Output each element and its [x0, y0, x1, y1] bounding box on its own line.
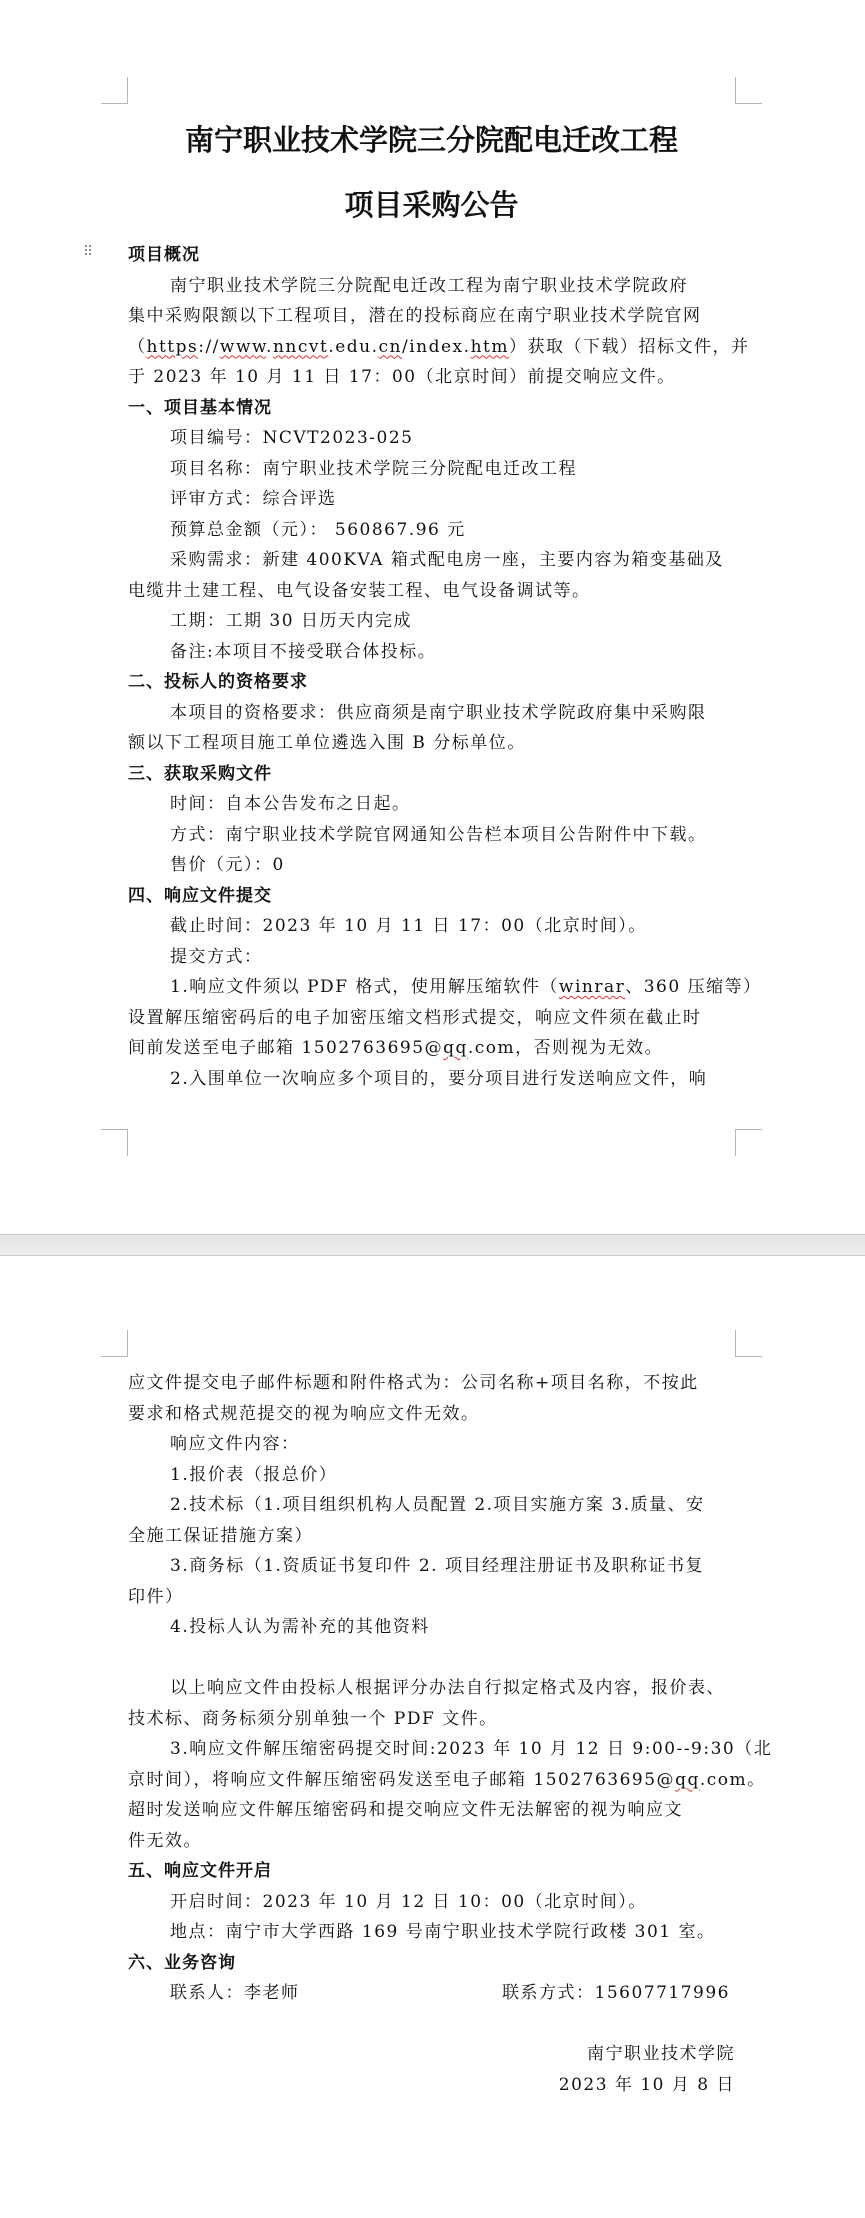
opening-time: 开启时间：2023 年 10 月 12 日 10：00（北京时间）。 — [128, 1887, 735, 1918]
submission-item-1: 1.响应文件须以 PDF 格式，使用解压缩软件（winrar、360 压缩等） — [128, 972, 735, 1003]
page-corner-mark — [735, 1129, 762, 1156]
procurement-demand-cont: 电缆井土建工程、电气设备安装工程、电气设备调试等。 — [128, 576, 735, 607]
obtain-time: 时间：自本公告发布之日起。 — [128, 789, 735, 820]
document-page-1: 南宁职业技术学院三分院配电迁改工程 项目采购公告 项目概况 南宁职业技术学院三分… — [0, 0, 865, 1234]
page-corner-mark — [735, 77, 762, 104]
signature-date: 2023 年 10 月 8 日 — [128, 2070, 735, 2101]
response-content-item-1: 1.报价表（报总价） — [128, 1460, 735, 1491]
submission-item-2-cont: 要求和格式规范提交的视为响应文件无效。 — [128, 1399, 735, 1430]
paragraph-line: 于 2023 年 10 月 11 日 17：00（北京时间）前提交响应文件。 — [128, 362, 735, 393]
obtain-method: 方式：南宁职业技术学院官网通知公告栏本项目公告附件中下载。 — [128, 820, 735, 851]
paragraph-line-url: （https://www.nncvt.edu.cn/index.htm）获取（下… — [128, 332, 735, 363]
review-method: 评审方式：综合评选 — [128, 484, 735, 515]
submission-item-1-email: 间前发送至电子邮箱 1502763695@qq.com，否则视为无效。 — [128, 1033, 735, 1064]
blank-line — [128, 2009, 735, 2040]
heading-section-1: 一、项目基本情况 — [128, 393, 735, 424]
contact-phone: 联系方式：15607717996 — [502, 1978, 730, 2009]
procurement-demand: 采购需求：新建 400KVA 箱式配电房一座，主要内容为箱变基础及 — [128, 545, 735, 576]
page-corner-mark — [101, 1330, 128, 1357]
submission-deadline: 截止时间：2023 年 10 月 11 日 17：00（北京时间）。 — [128, 911, 735, 942]
submission-item-3-cont: 超时发送响应文件解压缩密码和提交响应文件无法解密的视为响应文 — [128, 1795, 735, 1826]
submission-item-2-cont: 应文件提交电子邮件标题和附件格式为：公司名称+项目名称，不按此 — [128, 1368, 735, 1399]
response-note: 以上响应文件由投标人根据评分办法自行拟定格式及内容，报价表、 — [128, 1673, 735, 1704]
qualification-text: 本项目的资格要求：供应商须是南宁职业技术学院政府集中采购限 — [128, 698, 735, 729]
response-content-item-2-cont: 全施工保证措施方案） — [128, 1521, 735, 1552]
document-title-line-2: 项目采购公告 — [128, 187, 735, 223]
submission-method-label: 提交方式： — [128, 942, 735, 973]
page-corner-mark — [101, 77, 128, 104]
heading-section-2: 二、投标人的资格要求 — [128, 667, 735, 698]
document-body-page-1[interactable]: 项目概况 南宁职业技术学院三分院配电迁改工程为南宁职业技术学院政府 集中采购限额… — [128, 240, 735, 1094]
page-break-separator — [0, 1234, 865, 1256]
qualification-text-cont: 额以下工程项目施工单位遴选入围 B 分标单位。 — [128, 728, 735, 759]
submission-item-3-cont: 件无效。 — [128, 1826, 735, 1857]
heading-section-4: 四、响应文件提交 — [128, 881, 735, 912]
heading-section-6: 六、业务咨询 — [128, 1948, 735, 1979]
response-content-item-3: 3.商务标（1.资质证书复印件 2. 项目经理注册证书及职称证书复 — [128, 1551, 735, 1582]
response-content-item-3-cont: 印件） — [128, 1582, 735, 1613]
remark: 备注:本项目不接受联合体投标。 — [128, 637, 735, 668]
document-body-page-2[interactable]: 应文件提交电子邮件标题和附件格式为：公司名称+项目名称，不按此 要求和格式规范提… — [128, 1368, 735, 2100]
opening-location: 地点：南宁市大学西路 169 号南宁职业技术学院行政楼 301 室。 — [128, 1917, 735, 1948]
project-number: 项目编号：NCVT2023-025 — [128, 423, 735, 454]
submission-item-2: 2.入围单位一次响应多个项目的，要分项目进行发送响应文件，响 — [128, 1064, 735, 1095]
paragraph-line: 集中采购限额以下工程项目，潜在的投标商应在南宁职业技术学院官网 — [128, 301, 735, 332]
url-text[interactable]: https — [147, 337, 199, 357]
signature-organization: 南宁职业技术学院 — [128, 2039, 735, 2070]
response-content-label: 响应文件内容： — [128, 1429, 735, 1460]
project-name: 项目名称：南宁职业技术学院三分院配电迁改工程 — [128, 454, 735, 485]
budget-amount: 预算总金额（元）： 560867.96 元 — [128, 515, 735, 546]
document-title-line-1: 南宁职业技术学院三分院配电迁改工程 — [128, 122, 735, 158]
contact-row: 联系人：李老师 联系方式：15607717996 — [128, 1978, 735, 2009]
page-corner-mark — [101, 1129, 128, 1156]
response-content-item-4: 4.投标人认为需补充的其他资料 — [128, 1612, 735, 1643]
document-price: 售价（元）：0 — [128, 850, 735, 881]
heading-section-5: 五、响应文件开启 — [128, 1856, 735, 1887]
submission-item-1-cont: 设置解压缩密码后的电子加密压缩文档形式提交，响应文件须在截止时 — [128, 1003, 735, 1034]
document-page-2: 应文件提交电子邮件标题和附件格式为：公司名称+项目名称，不按此 要求和格式规范提… — [0, 1256, 865, 2218]
paragraph-drag-handle-icon[interactable] — [84, 244, 92, 256]
contact-person: 联系人：李老师 — [170, 1983, 300, 2003]
heading-overview: 项目概况 — [128, 240, 735, 271]
submission-item-3-email: 京时间），将响应文件解压缩密码发送至电子邮箱 1502763695@qq.com… — [128, 1765, 735, 1796]
submission-item-3: 3.响应文件解压缩密码提交时间:2023 年 10 月 12 日 9:00--9… — [128, 1734, 735, 1765]
heading-section-3: 三、获取采购文件 — [128, 759, 735, 790]
page-corner-mark — [735, 1330, 762, 1357]
response-content-item-2: 2.技术标（1.项目组织机构人员配置 2.项目实施方案 3.质量、安 — [128, 1490, 735, 1521]
blank-line — [128, 1643, 735, 1674]
response-note-cont: 技术标、商务标须分别单独一个 PDF 文件。 — [128, 1704, 735, 1735]
construction-period: 工期：工期 30 日历天内完成 — [128, 606, 735, 637]
paragraph-line: 南宁职业技术学院三分院配电迁改工程为南宁职业技术学院政府 — [128, 271, 735, 302]
